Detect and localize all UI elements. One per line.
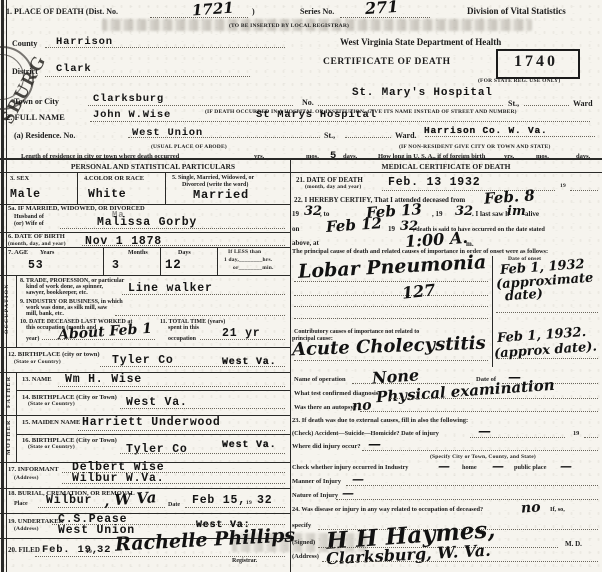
dotted-line bbox=[294, 318, 488, 319]
birthplace-label: 12. BIRTHPLACE (city or town) bbox=[8, 352, 100, 359]
burial-date-label: Date bbox=[168, 502, 180, 508]
hospital-value: St. Mary's Hospital bbox=[352, 88, 493, 99]
maiden-name-label: 15. MAIDEN NAME bbox=[22, 420, 80, 427]
dotted-line bbox=[82, 245, 285, 246]
dotted-line bbox=[336, 499, 598, 500]
dotted-line bbox=[122, 294, 285, 295]
certify-19b: , 19 bbox=[432, 211, 443, 218]
manner-of-injury-label: Manner of Injury bbox=[292, 479, 341, 486]
county-label: County bbox=[12, 40, 37, 48]
certify-19c: 19 bbox=[388, 226, 395, 233]
dotted-line bbox=[150, 17, 248, 18]
undertaker-address-label: (Address) bbox=[14, 527, 39, 533]
ward-label: Ward bbox=[573, 100, 593, 108]
m-label: m. bbox=[466, 241, 474, 248]
division-label: Division of Vital Statistics bbox=[467, 7, 566, 16]
district-number-value: 1721 bbox=[192, 1, 235, 19]
certify-19a: 19 bbox=[292, 211, 299, 218]
dob-label: 6. DATE OF BIRTH bbox=[8, 234, 65, 241]
divider bbox=[0, 372, 290, 373]
principal-cause-value: Lobar Pneumonia bbox=[298, 253, 487, 282]
dotted-line bbox=[346, 485, 598, 486]
residence-ward-label: Ward. bbox=[395, 132, 417, 140]
him-value: im bbox=[507, 205, 526, 218]
sex-value: Male bbox=[10, 189, 41, 201]
divider bbox=[103, 247, 104, 275]
injury-19-label: 19 bbox=[573, 431, 579, 437]
full-name-label: 2. FULL NAME bbox=[6, 113, 65, 122]
injury-industry-label: Check whether injury occurred in Industr… bbox=[292, 465, 408, 471]
public-dash: — bbox=[560, 460, 572, 472]
filed-year-value: 32 bbox=[97, 545, 111, 556]
filed-19-pre: 19 bbox=[86, 550, 92, 556]
dotted-line bbox=[200, 339, 285, 340]
town-label: Town or City bbox=[14, 98, 59, 106]
paren-close: ) bbox=[252, 8, 255, 16]
date-of-death-sub: (month, day and year) bbox=[305, 185, 361, 191]
occupation-side-label: OCCUPATION bbox=[4, 283, 10, 334]
home-dash: — bbox=[492, 460, 504, 472]
street-label: St., bbox=[508, 100, 519, 108]
husband-of-label: Husband of bbox=[14, 214, 44, 220]
divider bbox=[160, 247, 161, 275]
divider bbox=[0, 172, 602, 173]
nature-of-injury-label: Nature of Injury bbox=[292, 493, 338, 500]
dotted-line bbox=[45, 47, 285, 48]
dotted-line bbox=[45, 76, 250, 77]
certificate-number: 1740 bbox=[496, 54, 576, 70]
divider bbox=[217, 247, 218, 275]
birthplace-value: Tyler Co bbox=[112, 355, 174, 367]
full-name-value: John W.Wise bbox=[93, 110, 171, 121]
dotted-line bbox=[496, 358, 598, 359]
residence-label: (a) Residence. No. bbox=[14, 132, 75, 140]
last-seen-date-value: Feb 12 bbox=[326, 216, 383, 235]
trade-value: Line walker bbox=[128, 283, 213, 295]
father-birthplace-value: West Va. bbox=[126, 397, 188, 409]
dotted-line bbox=[185, 507, 285, 508]
divider bbox=[0, 347, 290, 348]
dotted-line bbox=[58, 386, 285, 387]
dotted-line bbox=[425, 136, 595, 137]
dotted-line bbox=[120, 408, 285, 409]
total-time-value: 21 yr bbox=[222, 328, 261, 340]
maiden-name-value: Harriett Underwood bbox=[82, 417, 221, 429]
years-label: Years bbox=[40, 250, 54, 256]
age-days-value: 12 bbox=[165, 259, 182, 272]
if-less-label: If LESS than bbox=[228, 250, 261, 256]
alive-label: alive bbox=[525, 211, 539, 218]
divider bbox=[16, 415, 17, 462]
column-divider bbox=[290, 158, 291, 572]
dotted-line bbox=[60, 228, 285, 229]
wife-of-label: (or) Wife of bbox=[14, 221, 44, 227]
mother-birthplace-state: West Va. bbox=[222, 441, 276, 451]
sex-label: 3. SEX bbox=[10, 176, 29, 183]
district-label: District bbox=[12, 68, 38, 76]
dotted-line bbox=[390, 398, 598, 399]
date-of-death-value: Feb. 13 1932 bbox=[388, 177, 480, 189]
cause-code-value: 127 bbox=[401, 282, 436, 301]
mother-side-label: MOTHER bbox=[6, 419, 12, 455]
race-label: 4.COLOR OR RACE bbox=[84, 176, 144, 183]
age-months-value: 3 bbox=[112, 260, 120, 272]
dotted-line bbox=[90, 121, 590, 122]
total-time-label-3: occupation bbox=[168, 336, 196, 342]
divider bbox=[0, 158, 602, 160]
dotted-line bbox=[470, 437, 565, 438]
dotted-line bbox=[38, 507, 165, 508]
total-time-label-2: spent in this bbox=[168, 325, 199, 331]
state-reg-note: (FOR STATE REG. USE ONLY) bbox=[478, 79, 560, 85]
dotted-line bbox=[294, 295, 488, 296]
operation-label: Name of operation bbox=[294, 377, 346, 384]
nonresident-note: (IF NON-RESIDENT GIVE CITY OR TOWN AND S… bbox=[399, 145, 551, 151]
residence-street-label: St., bbox=[324, 132, 335, 140]
contributory-label-1: Contributory causes of importance not re… bbox=[294, 329, 419, 335]
divider bbox=[0, 247, 290, 248]
father-side-label: FATHER bbox=[6, 375, 12, 408]
age-label: 7. AGE bbox=[8, 250, 28, 257]
informant-address-label: (Address) bbox=[14, 476, 39, 482]
registrar-label: Registrar. bbox=[232, 558, 257, 564]
filed-label: 20. FILED bbox=[8, 547, 40, 554]
burial-place-label: Place bbox=[14, 501, 28, 507]
certificate-title: CERTIFICATE OF DEATH bbox=[323, 58, 451, 68]
last-worked-label-3: year) bbox=[26, 336, 39, 342]
dotted-line bbox=[294, 281, 488, 282]
manner-dash: — bbox=[352, 473, 364, 485]
dotted-line bbox=[294, 306, 488, 307]
if-so-label: If, so, bbox=[550, 507, 565, 513]
dotted-line bbox=[62, 483, 285, 484]
registrar-insert-note: (TO BE INSERTED BY LOCAL REGISTRAR) bbox=[229, 24, 349, 30]
trade-label-3: sawyer, bookkeeper, etc. bbox=[26, 290, 88, 296]
age-years-value: 53 bbox=[28, 260, 43, 272]
dotted-line bbox=[128, 137, 320, 138]
divider bbox=[165, 172, 166, 204]
dotted-line bbox=[120, 453, 285, 454]
dotted-line bbox=[345, 137, 391, 138]
dotted-line bbox=[78, 430, 285, 431]
autopsy-label: Was there an autopsy? bbox=[294, 405, 357, 412]
divider bbox=[77, 172, 78, 204]
death-certificate-scan: SBURG 1. PLACE OF DEATH (Dist. No. 1721 … bbox=[0, 0, 602, 572]
street-no-label: No. bbox=[302, 99, 314, 107]
dotted-line bbox=[88, 105, 293, 106]
series-no-label: Series No. bbox=[300, 8, 334, 16]
dotted-line bbox=[524, 105, 569, 106]
days-col-label: Days bbox=[178, 250, 191, 256]
industry-dash: — bbox=[438, 460, 450, 472]
burial-19-pre: 19 bbox=[246, 501, 252, 507]
divider bbox=[0, 513, 290, 514]
father-name-label: 13. NAME bbox=[22, 377, 52, 384]
onset-column-divider bbox=[492, 256, 493, 367]
or-min-label: or________min. bbox=[233, 266, 274, 272]
dotted-line bbox=[42, 339, 155, 340]
informant-label: 17. INFORMANT bbox=[8, 467, 59, 474]
marital-value: Married bbox=[193, 189, 249, 201]
medical-section-title: MEDICAL CERTIFICATE OF DEATH bbox=[290, 163, 602, 171]
marital-label-1: 5. Single, Married, Widowed, or bbox=[172, 175, 254, 181]
check-accident-label: (Check) Accident—Suicide—Homicide? Date … bbox=[292, 431, 439, 437]
home-label: home bbox=[462, 465, 477, 471]
dotted-line bbox=[322, 561, 598, 562]
dotted-line bbox=[360, 411, 598, 412]
father-name-value: Wm H. Wise bbox=[65, 374, 142, 386]
md-label: M. D. bbox=[565, 541, 582, 548]
district-value: Clark bbox=[56, 64, 92, 75]
to-year-value: 32 bbox=[455, 205, 473, 218]
industry-label-3: mill, bank, etc. bbox=[26, 311, 64, 317]
nature-dash: — bbox=[342, 487, 354, 499]
town-value: Clarksburg bbox=[93, 94, 164, 105]
months-label: Months bbox=[128, 250, 148, 256]
date-of-death-label: 21. DATE OF DEATH bbox=[296, 177, 363, 184]
specify-label: specify bbox=[292, 523, 311, 530]
dod-19-pre: 19 bbox=[560, 184, 566, 190]
divider bbox=[16, 434, 290, 435]
mother-birthplace-sub: (State or Country) bbox=[28, 445, 75, 451]
abode-note: (USUAL PLACE OF ABODE) bbox=[151, 145, 227, 151]
department-title: West Virginia State Department of Health bbox=[340, 38, 501, 47]
personal-section-title: PERSONAL AND STATISTICAL PARTICULARS bbox=[16, 163, 290, 171]
divider bbox=[16, 275, 17, 347]
one-day-label: 1 day,________hrs. bbox=[224, 258, 272, 264]
burial-year-value: 32 bbox=[257, 495, 272, 507]
dotted-line bbox=[570, 190, 598, 191]
on-label: on bbox=[292, 226, 299, 233]
county-value: Harrison bbox=[56, 37, 113, 48]
dotted-line bbox=[362, 450, 598, 451]
dotted-line bbox=[100, 366, 285, 367]
where-injury-label: Where did injury occur? bbox=[292, 444, 361, 451]
public-place-label: public place bbox=[514, 465, 546, 471]
divider bbox=[0, 275, 290, 276]
dotted-line bbox=[584, 437, 598, 438]
occupation-related-label: 24. Was disease or injury in any way rel… bbox=[292, 507, 483, 513]
burial-date-value: Feb 15, bbox=[192, 495, 246, 507]
onset-date-value-3: date) bbox=[505, 288, 544, 304]
father-birthplace-sub: (State or Country) bbox=[28, 402, 75, 408]
burial-place-value: Wilbur bbox=[46, 495, 92, 507]
dotted-line bbox=[294, 360, 488, 361]
last-saw-label: . I last saw h bbox=[472, 211, 509, 218]
dotted-line bbox=[35, 556, 285, 557]
dotted-line bbox=[496, 312, 598, 313]
place-of-death-label: 1. PLACE OF DEATH (Dist. No. bbox=[6, 8, 118, 16]
signed-label: (Signed) bbox=[292, 540, 315, 547]
contributory-cause-value: Acute Cholecystitis bbox=[292, 335, 486, 360]
residence-county-state: Harrison Co. W. Va. bbox=[424, 126, 548, 136]
above-at-label: above, at bbox=[292, 240, 319, 247]
divider bbox=[16, 372, 17, 415]
institution-value: St Marys Hospital bbox=[256, 110, 377, 121]
race-value: White bbox=[88, 189, 127, 201]
spouse-value: Malissa Gorby bbox=[97, 217, 197, 229]
series-no-value: 271 bbox=[364, 0, 398, 17]
external-causes-label: 23. If death was due to external causes,… bbox=[292, 418, 468, 425]
dotted-line bbox=[340, 17, 430, 18]
dotted-line bbox=[318, 105, 503, 106]
dotted-line bbox=[115, 315, 285, 316]
divider bbox=[16, 390, 290, 391]
occupation-related-value: no bbox=[521, 500, 541, 515]
birthplace-sub-label: (State or Country) bbox=[14, 360, 61, 366]
physician-address-label: (Address) bbox=[292, 554, 319, 561]
